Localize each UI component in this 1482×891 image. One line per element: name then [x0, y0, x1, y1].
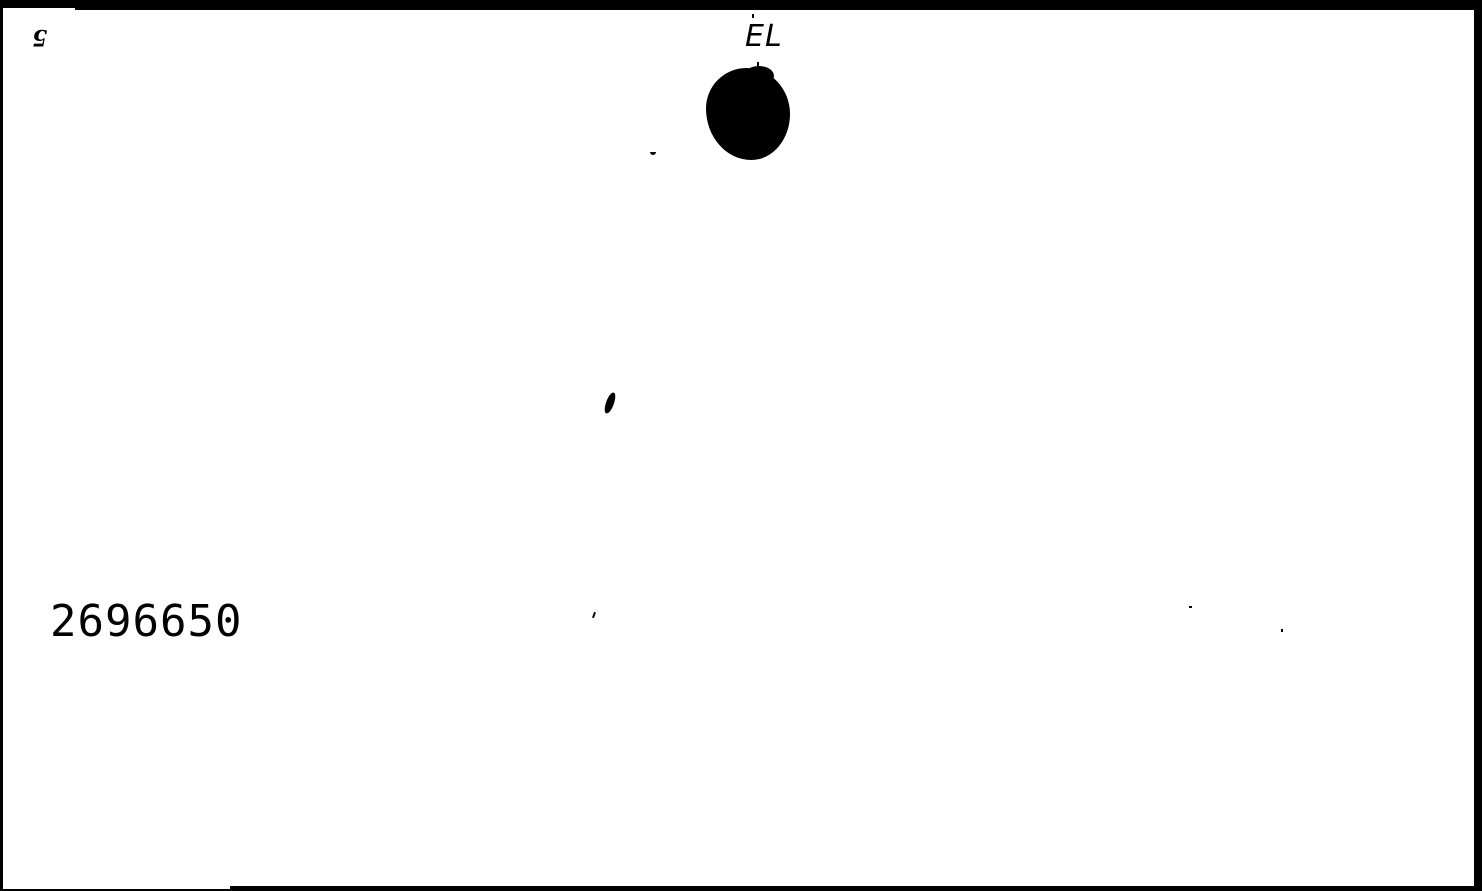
catalog-number: 2696650: [50, 600, 242, 644]
ink-speck: [1189, 606, 1192, 608]
ink-speck: [1281, 629, 1283, 632]
pencil-tick: [752, 14, 754, 18]
handwritten-corner-mark: 5: [32, 26, 47, 48]
handwritten-top-mark: EL: [745, 22, 783, 52]
card-edge-notch: [3, 8, 75, 12]
card-right-edge: [1474, 0, 1482, 891]
punch-hole-edge: [744, 66, 774, 86]
card-bottom-edge: [230, 886, 1482, 891]
